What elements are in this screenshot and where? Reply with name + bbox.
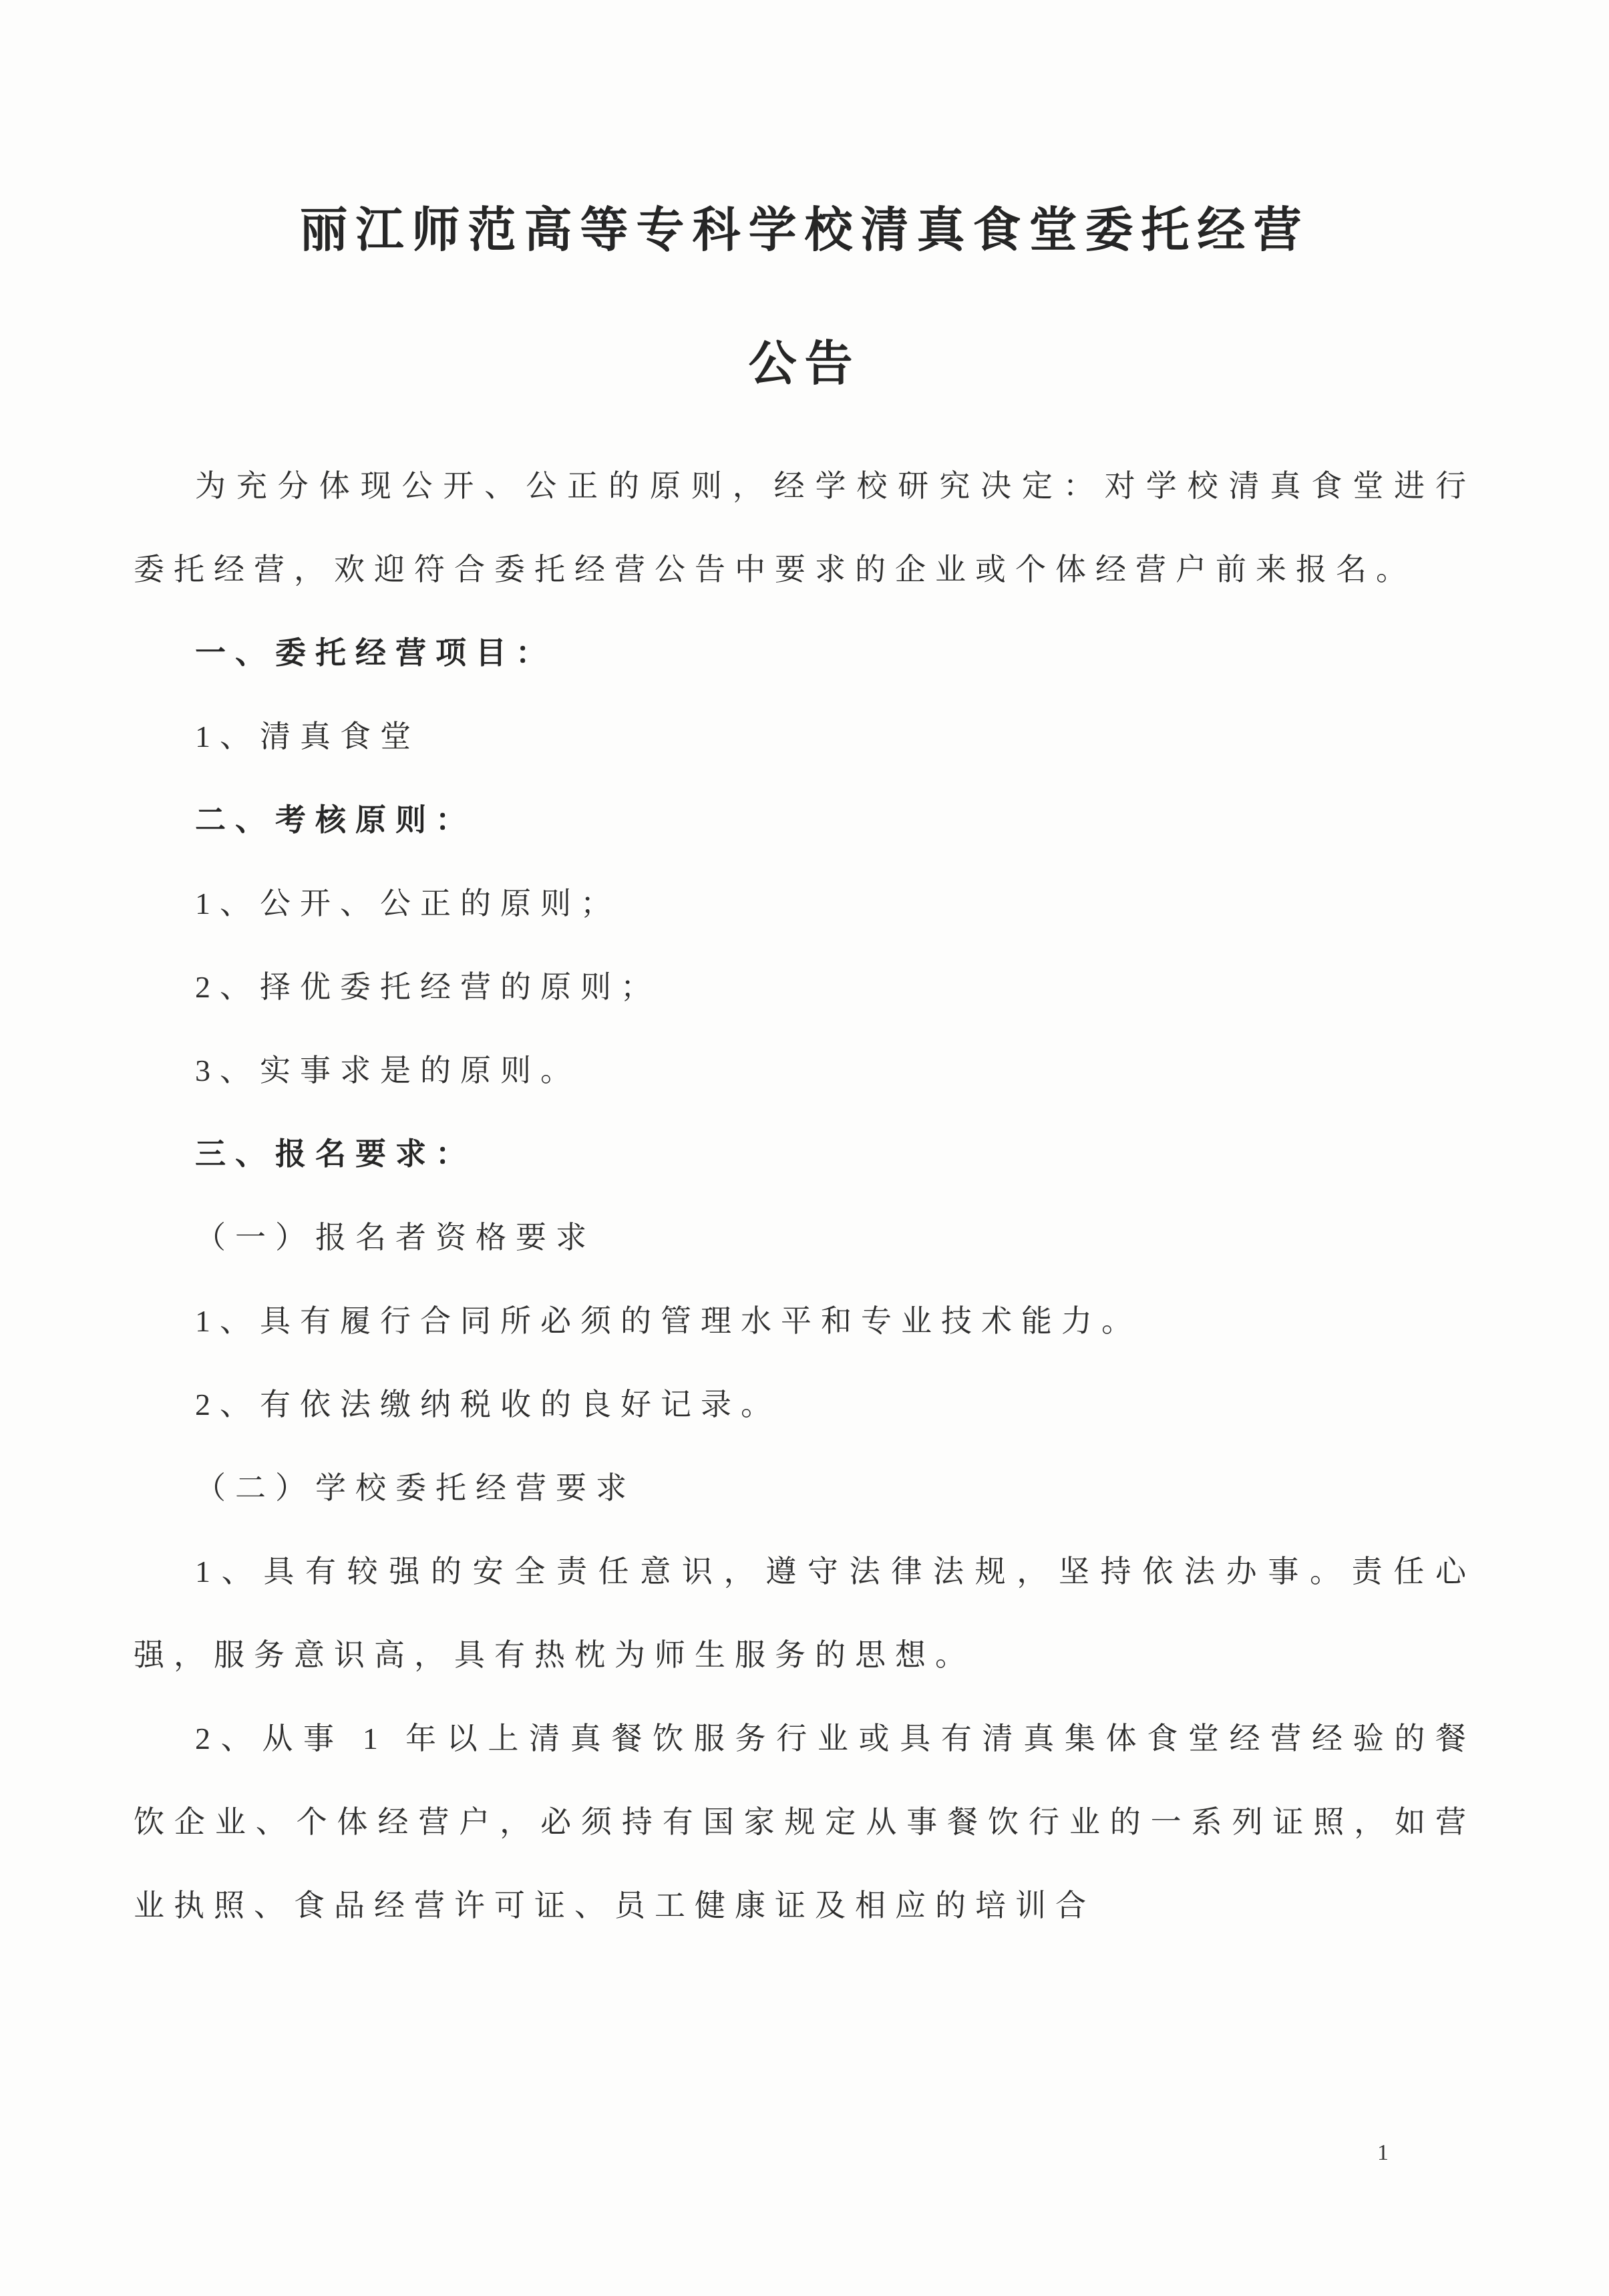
document-page: 丽江师范高等专科学校清真食堂委托经营 公告 为充分体现公开、公正的原则，经学校研… [0, 0, 1609, 2296]
list-item-qualification-2: 2、有依法缴纳税收的良好记录。 [134, 1363, 1475, 1446]
section-heading-assessment-principles: 二、考核原则： [134, 778, 1475, 862]
section-heading-entrusted-project: 一、委托经营项目： [134, 611, 1475, 695]
subsection-school-requirements: （二）学校委托经营要求 [134, 1446, 1475, 1530]
subsection-applicant-qualifications: （一）报名者资格要求 [134, 1196, 1475, 1279]
title-line-2: 公告 [134, 297, 1475, 431]
intro-paragraph: 为充分体现公开、公正的原则，经学校研究决定：对学校清真食堂进行委托经营，欢迎符合… [134, 444, 1475, 611]
list-item-halal-canteen: 1、清真食堂 [134, 695, 1475, 778]
paragraph-requirement-1: 1、具有较强的安全责任意识，遵守法律法规，坚持依法办事。责任心强，服务意识高，具… [134, 1530, 1475, 1697]
list-item-qualification-1: 1、具有履行合同所必须的管理水平和专业技术能力。 [134, 1279, 1475, 1363]
title-line-1: 丽江师范高等专科学校清真食堂委托经营 [134, 164, 1475, 297]
page-number: 1 [1377, 2140, 1389, 2166]
document-title: 丽江师范高等专科学校清真食堂委托经营 公告 [134, 164, 1475, 431]
list-item-principle-2: 2、择优委托经营的原则； [134, 945, 1475, 1029]
section-heading-application-requirements: 三、报名要求： [134, 1112, 1475, 1196]
list-item-principle-1: 1、公开、公正的原则； [134, 862, 1475, 945]
list-item-principle-3: 3、实事求是的原则。 [134, 1029, 1475, 1112]
paragraph-requirement-2: 2、从事 1 年以上清真餐饮服务行业或具有清真集体食堂经营经验的餐饮企业、个体经… [134, 1697, 1475, 1947]
